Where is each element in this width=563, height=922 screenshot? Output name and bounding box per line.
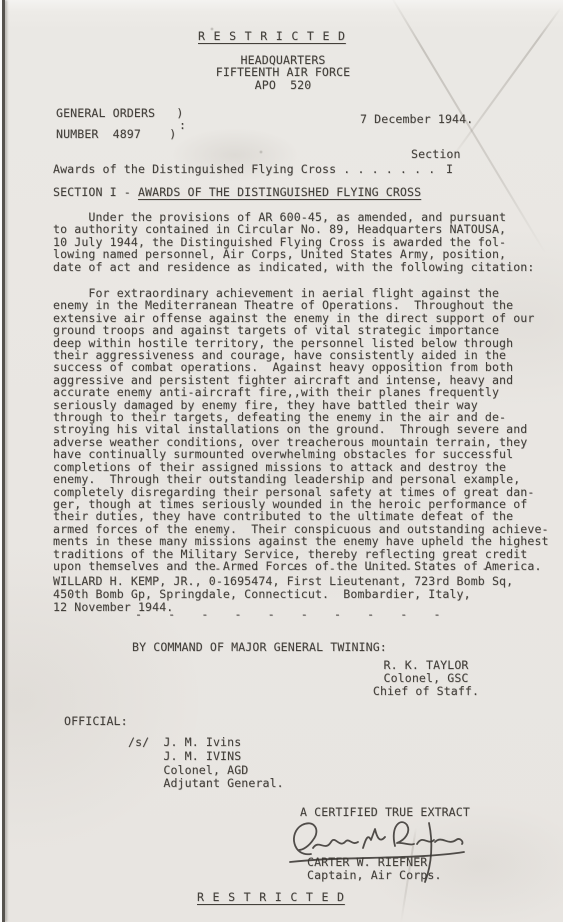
subject-line: Awards of the Distinguished Flying Cross…: [53, 163, 435, 175]
official-label: OFFICIAL:: [64, 715, 128, 727]
dash-divider-bottom: - - - - - - - - - -: [135, 608, 441, 620]
adjutant-general-block: /s/ J. M. Ivins J. M. IVINS Colonel, AGD…: [128, 736, 284, 791]
paper-crease-right: [449, 7, 562, 162]
orders-number: NUMBER 4897 ): [56, 128, 176, 140]
order-date: 7 December 1944.: [360, 113, 473, 125]
citation-paragraph: For extraordinary achievement in aerial …: [53, 287, 549, 572]
section-heading: SECTION I - AWARDS OF THE DISTINGUISHED …: [53, 186, 421, 198]
orders-brace-colon: :: [179, 119, 186, 131]
dash-divider-top: - - - - - - - - - -: [138, 562, 489, 574]
scanned-document-page: R E S T R I C T E D HEADQUARTERS FIFTEEN…: [0, 0, 563, 922]
chief-of-staff-signature-block: R. K. TAYLOR Colonel, GSC Chief of Staff…: [372, 659, 480, 697]
letterhead: HEADQUARTERS FIFTEENTH AIR FORCE APO 520: [183, 54, 383, 91]
by-command-line: BY COMMAND OF MAJOR GENERAL TWINING:: [132, 641, 387, 653]
section-column-header: Section: [411, 148, 461, 160]
classification-banner-top: R E S T R I C T E D: [198, 30, 346, 42]
subject-section-value: I: [446, 163, 453, 175]
scan-edge-line: [2, 0, 5, 922]
general-orders-label: GENERAL ORDERS ): [56, 107, 183, 119]
section-heading-prefix: SECTION I -: [53, 185, 138, 199]
section-heading-title: AWARDS OF THE DISTINGUISHED FLYING CROSS: [138, 185, 421, 199]
classification-banner-bottom: R E S T R I C T E D: [197, 891, 345, 903]
authority-paragraph: Under the provisions of AR 600-45, as am…: [53, 211, 534, 273]
extract-signer-block: CARTER W. RIEFNER Captain, Air Corps.: [307, 856, 442, 882]
